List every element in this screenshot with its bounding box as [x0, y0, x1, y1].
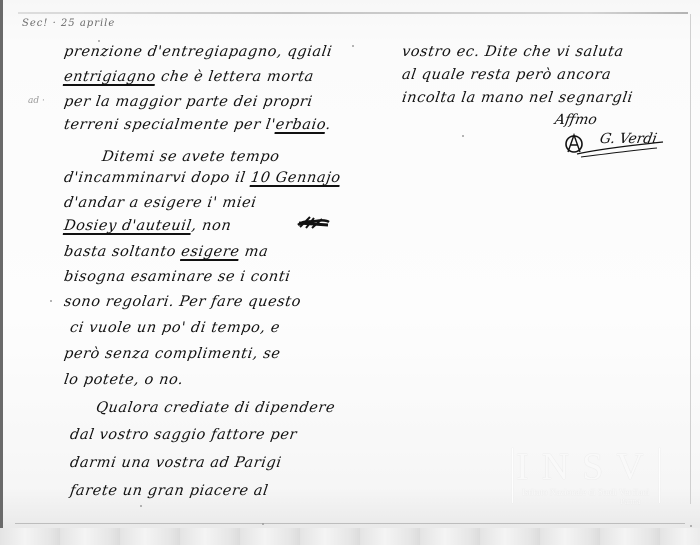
letter-line: d'incamminarvi dopo il 10 Gennajo [63, 170, 342, 186]
letter-line-start: terreni specialmente per l' [63, 117, 277, 133]
letter-line: per la maggior parte dei propri [63, 94, 314, 110]
underlined-word: erbaio [275, 117, 327, 133]
letter-line: vostro ec. Dite che vi saluta [401, 44, 625, 60]
letter-line: lo potete, o no. [63, 372, 185, 388]
letter-line: prenzione d'entregiapagno, qgiali [63, 44, 333, 60]
letter-line: entrigiagno che è lettera morta [63, 69, 315, 85]
letter-line-start: basta soltanto [63, 244, 182, 260]
institute-watermark: INSV Istituto Nazionale di Studi Verdian… [512, 445, 662, 507]
underlined-word: entrigiagno [63, 69, 157, 85]
watermark-logo: INSV [516, 445, 657, 489]
letter-line: incolta la mano nel segnargli [401, 90, 634, 106]
letter-line-rest: che è lettera morta [155, 69, 315, 85]
margin-mark: ad · [28, 96, 45, 106]
page-bottom-edge [15, 523, 685, 524]
underlined-word: esigere [180, 244, 240, 260]
page-top-edge [18, 12, 688, 14]
letter-line-end: ma [238, 244, 269, 260]
speck [140, 505, 142, 507]
letter-line-start: d'incamminarvi dopo il [63, 170, 252, 186]
closing-salutation: Affmo [554, 112, 599, 128]
page-right-edge [690, 14, 691, 504]
watermark-institute-name: Istituto Nazionale di Studi Verdiani [522, 487, 649, 497]
letter-line: ci vuole un po' di tempo, e [69, 320, 281, 336]
letter-line: Dosiey d'auteuil, non [63, 218, 233, 234]
letter-line: terreni specialmente per l'erbaio. [63, 117, 332, 133]
letter-line: però senza complimenti, se [63, 346, 282, 362]
letter-line: darmi una vostra ad Parigi [69, 455, 283, 471]
watermark-bar-left [512, 448, 513, 503]
speck [690, 525, 692, 527]
letter-line: basta soltanto esigere ma [63, 244, 270, 260]
letter-line: Qualora crediate di dipendere [95, 400, 336, 416]
speck [98, 40, 100, 42]
speck [352, 45, 354, 47]
speck [262, 523, 264, 525]
letter-line: Ditemi se avete tempo [101, 149, 281, 165]
letter-line: dal vostro saggio fattore per [69, 427, 298, 443]
letter-line: bisogna esaminare se i conti [63, 269, 292, 285]
archival-note: Sec! · 25 aprile [22, 18, 115, 29]
letter-line: sono regolari. Per fare questo [63, 294, 302, 310]
underlined-word: Dosiey d'auteuil [63, 218, 193, 234]
letter-line: d'andar a esigere i' miei [63, 195, 258, 211]
underlined-word: 10 Gennajo [250, 170, 342, 186]
speck [50, 300, 52, 302]
signature-name: G. Verdi [599, 131, 659, 147]
watermark-city: Parma [620, 497, 640, 506]
letter-line: al quale resta però ancora [401, 67, 612, 83]
struck-out-word [296, 216, 330, 230]
letter-line-end: , non [191, 218, 233, 234]
scan-bottom-strip [0, 528, 700, 545]
speck [462, 135, 464, 137]
page-left-edge [0, 0, 3, 530]
letter-line: farete un gran piacere al [69, 483, 270, 499]
watermark-bar-right [659, 448, 660, 503]
